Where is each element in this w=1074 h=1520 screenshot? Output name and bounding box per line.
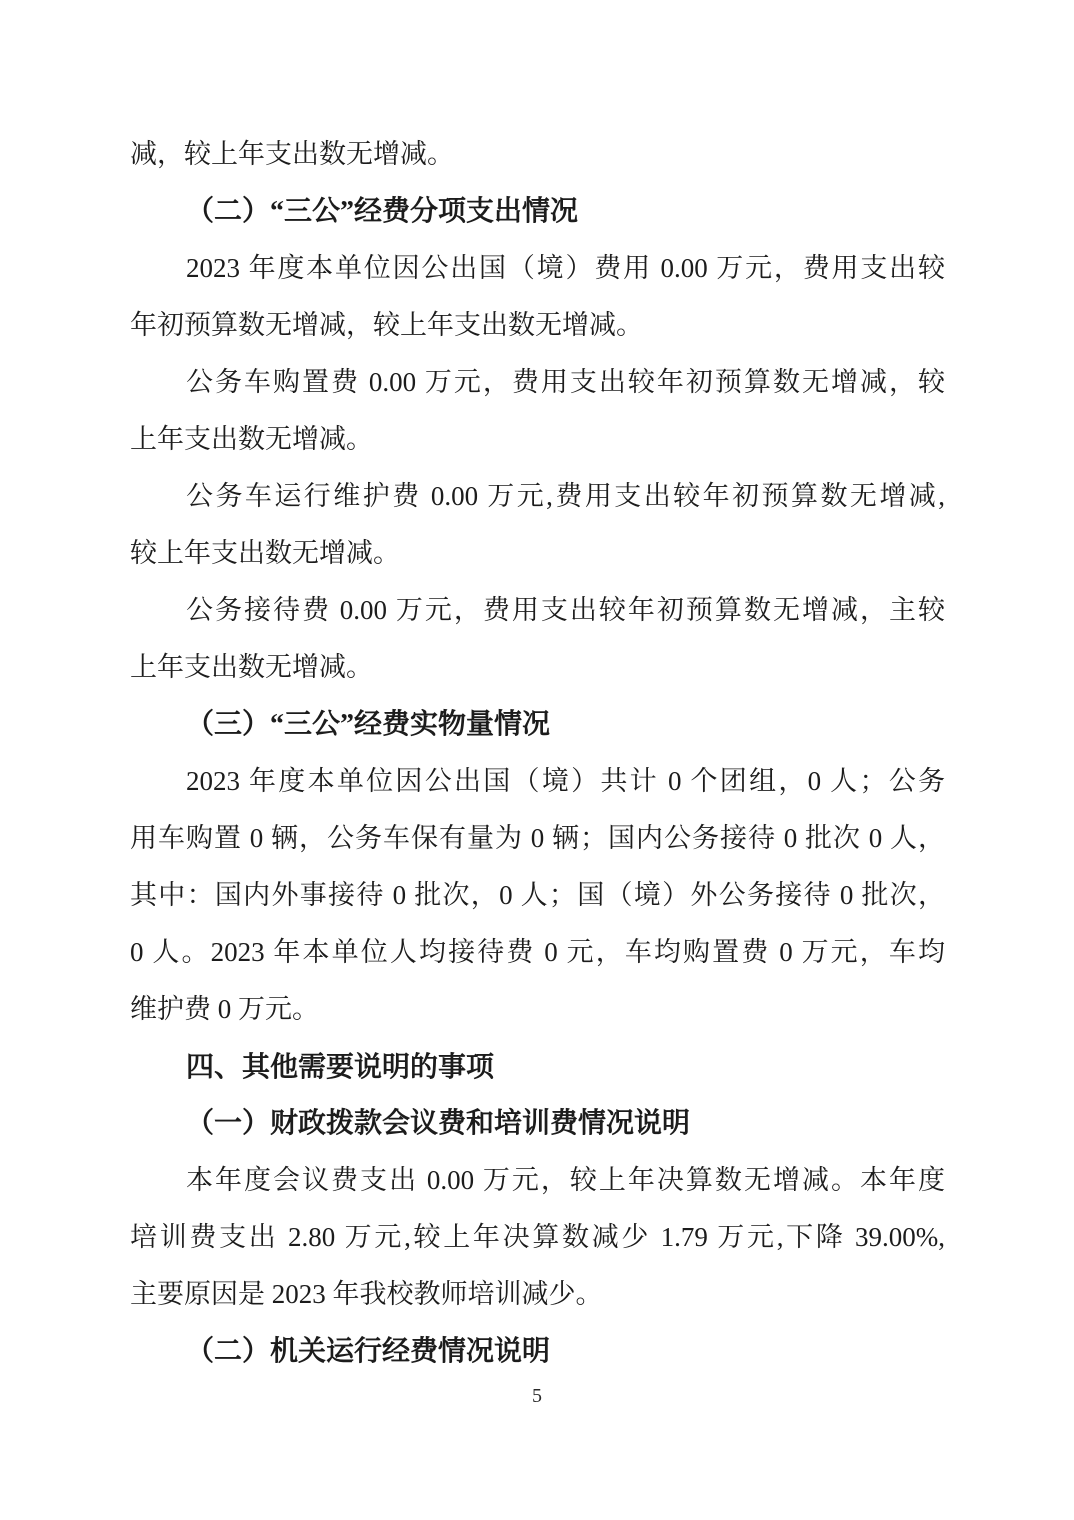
section-heading: （三）“三公”经费实物量情况 bbox=[130, 696, 945, 753]
document-body: 减，较上年支出数无增减。（二）“三公”经费分项支出情况2023 年度本单位因公出… bbox=[130, 126, 945, 1380]
text-line: 上年支出数无增减。 bbox=[130, 411, 945, 468]
document-page: 减，较上年支出数无增减。（二）“三公”经费分项支出情况2023 年度本单位因公出… bbox=[0, 0, 1074, 1520]
text-line: 公务接待费 0.00 万元，费用支出较年初预算数无增减，主较 bbox=[130, 582, 945, 639]
section-heading: （二）机关运行经费情况说明 bbox=[130, 1323, 945, 1380]
text-line: 年初预算数无增减，较上年支出数无增减。 bbox=[130, 297, 945, 354]
section-heading: 四、其他需要说明的事项 bbox=[130, 1038, 945, 1095]
page-number: 5 bbox=[0, 1382, 1074, 1410]
text-line: 2023 年度本单位因公出国（境）费用 0.00 万元，费用支出较 bbox=[130, 240, 945, 297]
text-line: 用车购置 0 辆，公务车保有量为 0 辆；国内公务接待 0 批次 0 人， bbox=[130, 810, 945, 867]
text-line: 减，较上年支出数无增减。 bbox=[130, 126, 945, 183]
text-line: 维护费 0 万元。 bbox=[130, 981, 945, 1038]
text-line: 其中：国内外事接待 0 批次，0 人；国（境）外公务接待 0 批次， bbox=[130, 867, 945, 924]
section-heading: （一）财政拨款会议费和培训费情况说明 bbox=[130, 1095, 945, 1152]
text-line: 2023 年度本单位因公出国（境）共计 0 个团组，0 人；公务 bbox=[130, 753, 945, 810]
text-line: 0 人。2023 年本单位人均接待费 0 元，车均购置费 0 万元，车均 bbox=[130, 924, 945, 981]
text-line: 较上年支出数无增减。 bbox=[130, 525, 945, 582]
section-heading: （二）“三公”经费分项支出情况 bbox=[130, 183, 945, 240]
text-line: 公务车运行维护费 0.00 万元,费用支出较年初预算数无增减, bbox=[130, 468, 945, 525]
text-line: 培训费支出 2.80 万元,较上年决算数减少 1.79 万元,下降 39.00%… bbox=[130, 1209, 945, 1266]
text-line: 上年支出数无增减。 bbox=[130, 639, 945, 696]
text-line: 本年度会议费支出 0.00 万元，较上年决算数无增减。本年度 bbox=[130, 1152, 945, 1209]
text-line: 主要原因是 2023 年我校教师培训减少。 bbox=[130, 1266, 945, 1323]
text-line: 公务车购置费 0.00 万元，费用支出较年初预算数无增减，较 bbox=[130, 354, 945, 411]
